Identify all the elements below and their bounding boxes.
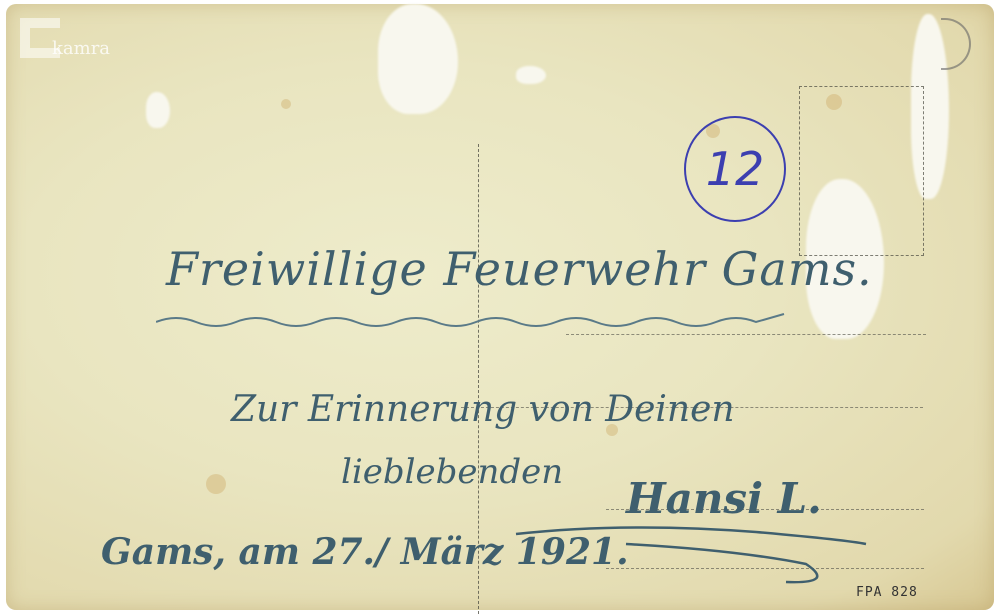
- age-stain: [281, 99, 291, 109]
- message-line-1: Zur Erinnerung von Deinen: [231, 389, 735, 430]
- postcard-back: kamra 12 Freiwillige Feuerwehr Gams. Zur…: [6, 4, 994, 610]
- message-line-2: lieblebenden: [341, 452, 563, 492]
- circled-number: 12: [684, 116, 786, 222]
- stamp-box: [799, 86, 924, 256]
- print-mark: FPA 828: [856, 585, 918, 600]
- underline-squiggle: [156, 304, 786, 334]
- age-stain: [206, 474, 226, 494]
- watermark-text: kamra: [52, 38, 110, 59]
- paper-damage: [516, 66, 546, 84]
- address-line-1: [566, 334, 926, 335]
- heading-handwritten: Freiwillige Feuerwehr Gams.: [166, 242, 873, 296]
- paper-damage: [146, 92, 170, 128]
- paper-damage: [378, 4, 458, 114]
- date-line: Gams, am 27./ März 1921.: [101, 531, 629, 573]
- kamra-watermark: kamra: [20, 18, 120, 64]
- paperclip-mark: [941, 18, 971, 70]
